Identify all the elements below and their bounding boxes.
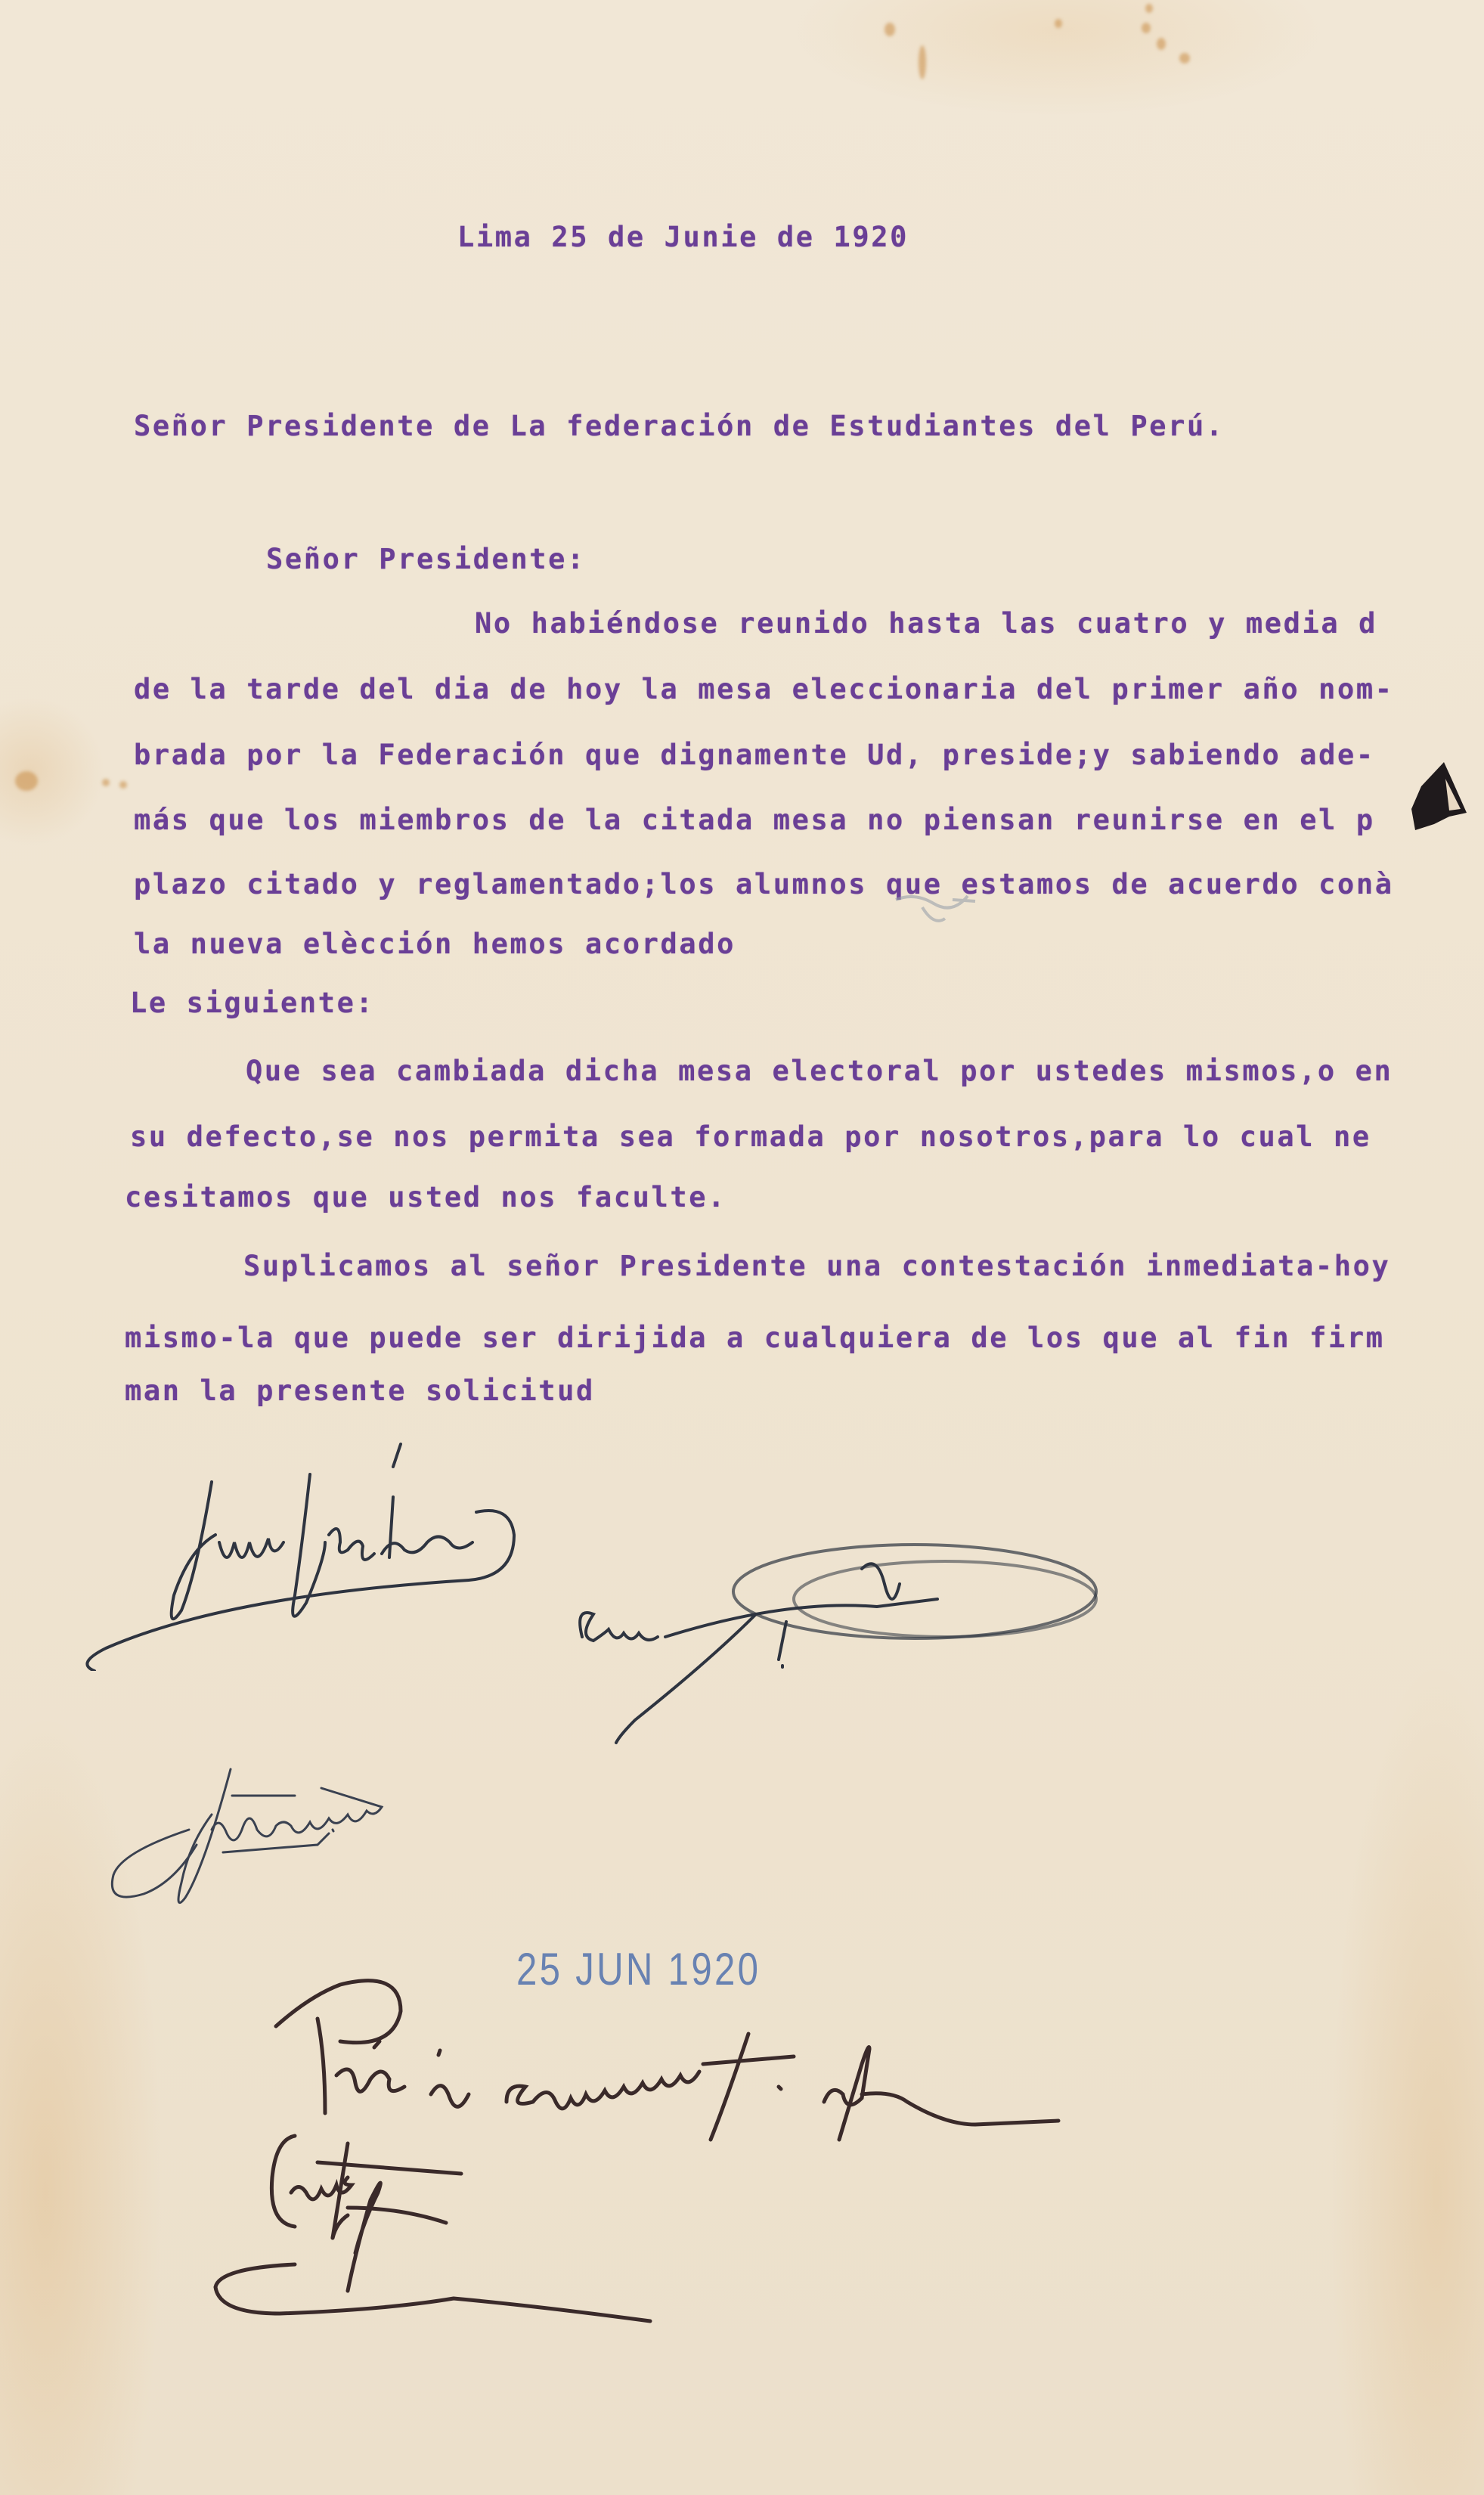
body-line: No habiéndose reunido hasta las cuatro y… [475,607,1377,640]
body-line: Le siguiente: [130,987,374,1019]
foxing-spot [119,781,127,789]
foxing-spot [102,779,110,786]
signature-jorge-santa-maria: Jorge Santa María [98,1754,552,1905]
foxing-spot [1055,19,1062,28]
ink-blot [1408,756,1468,832]
body-line: Que sea cambiada dicha mesa electoral po… [246,1055,1393,1087]
foxing-spot [1179,53,1190,64]
body-line: cesitamos que usted nos faculte. [125,1181,727,1213]
foxing-spot [15,771,38,791]
body-line: man la presente solicitud [125,1375,595,1407]
date-line: Lima 25 de Junie de 1920 [457,221,909,253]
foxing-spot [1145,4,1153,13]
foxing-spot [1142,23,1151,33]
handwritten-annotation: Pasé a conocimiento del [204,1966,1429,2344]
body-line: mismo-la que puede ser dirijida a cualqu… [125,1322,1385,1354]
body-line: brada por la Federación que dignamente U… [134,739,1375,771]
signature-second-signer: Carlos J. ... [559,1523,1134,1750]
ink-smudge [892,885,998,938]
foxing-spot [1157,38,1166,50]
body-line: plazo citado y reglamentado;los alumnos … [134,868,1394,900]
body-line: Suplicamos al señor Presidente una conte… [243,1250,1390,1282]
addressee-line: Señor Presidente de La federación de Est… [134,410,1225,442]
foxing-spot [885,23,895,36]
salutation: Señor Presidente: [266,543,586,575]
body-line: más que los miembros de la citada mesa n… [134,804,1375,836]
foxing-spot [919,45,926,79]
body-line: de la tarde del dia de hoy la mesa elecc… [134,673,1394,705]
body-line: la nueva elècción hemos acordado [134,928,736,960]
body-line: su defecto,se nos permita sea formada po… [130,1120,1371,1153]
